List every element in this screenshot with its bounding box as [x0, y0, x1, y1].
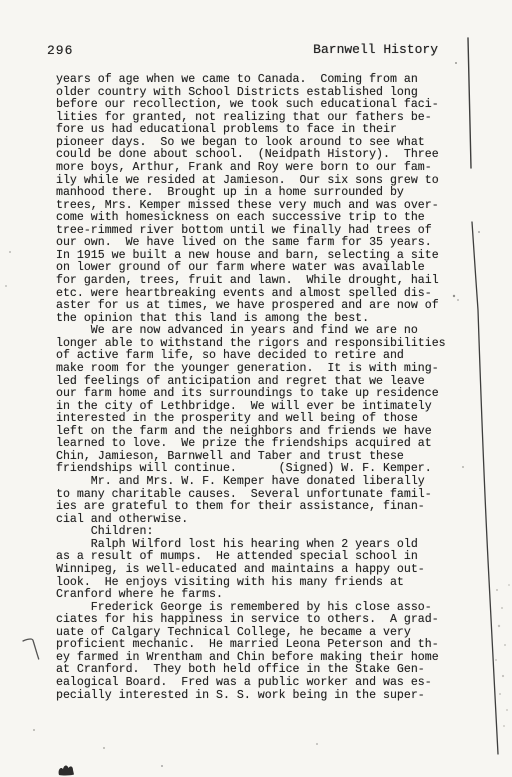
page-number: 296 — [47, 43, 73, 58]
pen-mark-left-margin — [23, 639, 39, 659]
ink-blob-bottom-left — [59, 765, 74, 775]
binding-edge-line — [468, 38, 498, 754]
scanned-book-page: 296 Barnwell History years of age when w… — [0, 0, 512, 777]
body-text: years of age when we came to Canada. Com… — [56, 74, 446, 702]
page-edge-texture — [495, 584, 510, 727]
running-header-title: Barnwell History — [313, 42, 438, 57]
